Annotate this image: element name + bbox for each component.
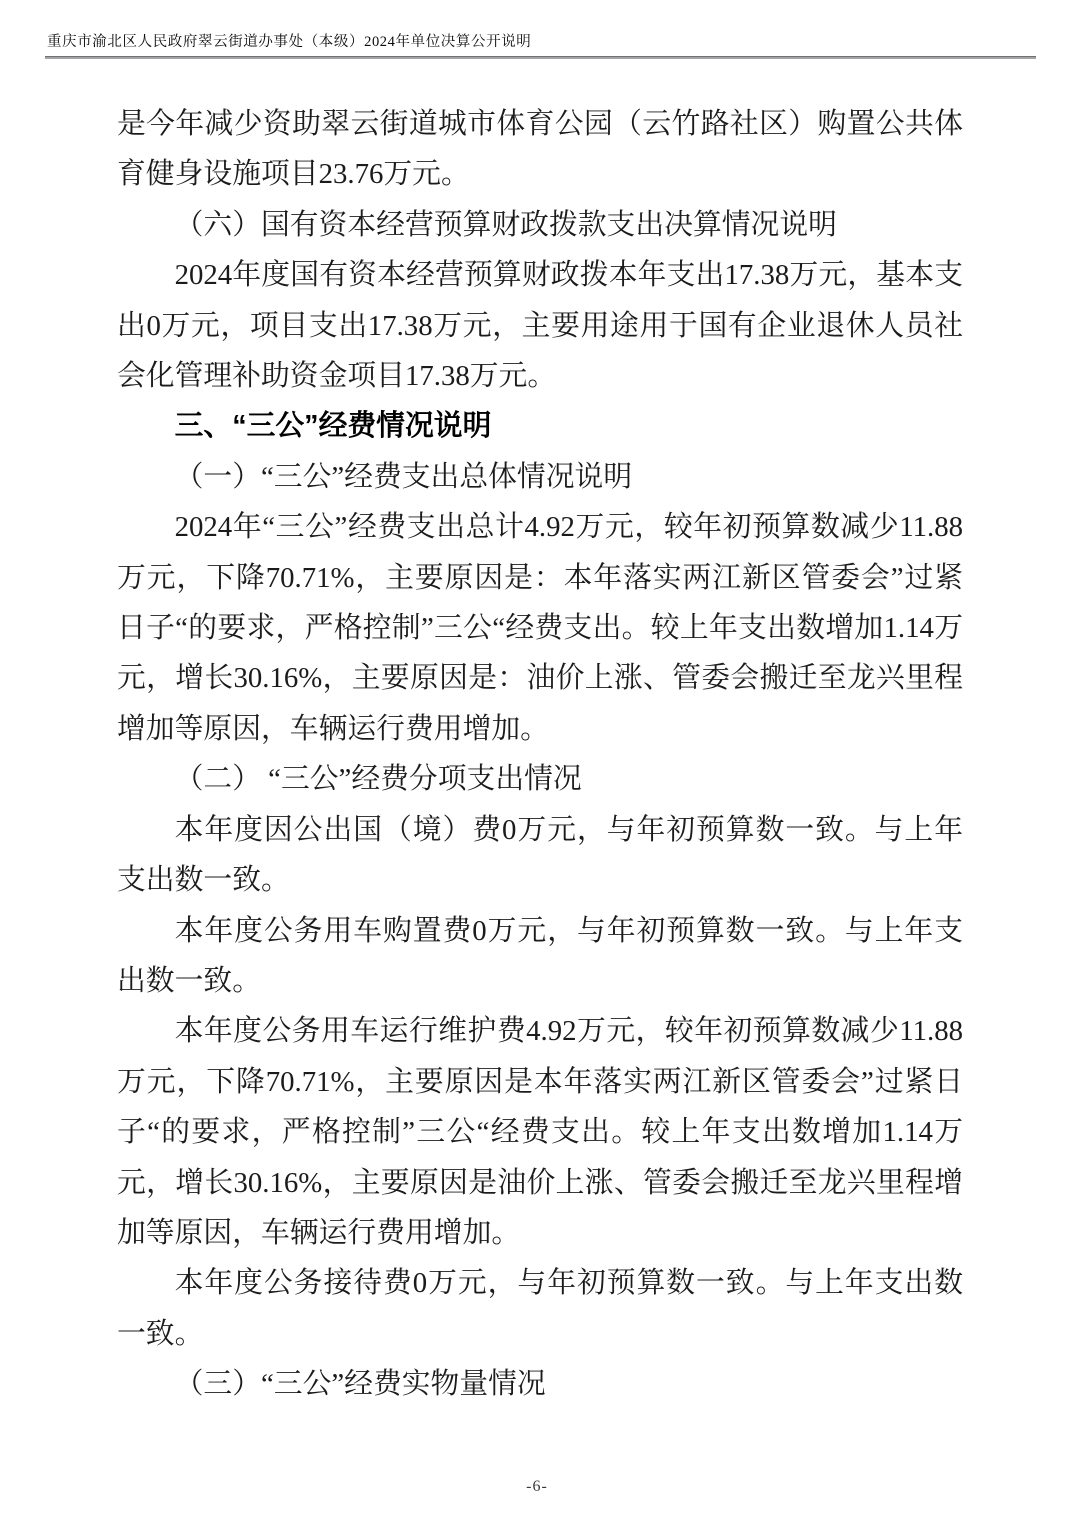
- section-heading-3-2: （二） “三公”经费分项支出情况: [117, 754, 963, 804]
- paragraph-continuation: 是今年减少资助翠云街道城市体育公园（云竹路社区）购置公共体育健身设施项目23.7…: [117, 99, 963, 200]
- document-page: 重庆市渝北区人民政府翠云街道办事处（本级）2024年单位决算公开说明 是今年减少…: [0, 0, 1074, 1520]
- paragraph: 2024年度国有资本经营预算财政拨本年支出17.38万元，基本支出0万元，项目支…: [117, 250, 963, 401]
- section-heading-3-3: （三）“三公”经费实物量情况: [117, 1359, 963, 1409]
- paragraph: 本年度公务接待费0万元，与年初预算数一致。与上年支出数一致。: [117, 1258, 963, 1359]
- page-number: -6-: [526, 1478, 548, 1495]
- header-rule: [45, 56, 1036, 59]
- paragraph: 本年度公务用车购置费0万元，与年初预算数一致。与上年支出数一致。: [117, 906, 963, 1007]
- paragraph: 本年度公务用车运行维护费4.92万元，较年初预算数减少11.88万元，下降70.…: [117, 1006, 963, 1258]
- document-body: 是今年减少资助翠云街道城市体育公园（云竹路社区）购置公共体育健身设施项目23.7…: [117, 99, 963, 1410]
- paragraph: 2024年“三公”经费支出总计4.92万元，较年初预算数减少11.88万元，下降…: [117, 502, 963, 754]
- header-title: 重庆市渝北区人民政府翠云街道办事处（本级）2024年单位决算公开说明: [47, 30, 531, 51]
- section-heading-3-1: （一）“三公”经费支出总体情况说明: [117, 452, 963, 502]
- chapter-heading-3: 三、“三公”经费情况说明: [117, 401, 963, 451]
- page-footer: -6-: [0, 1478, 1074, 1496]
- paragraph: 本年度因公出国（境）费0万元，与年初预算数一致。与上年支出数一致。: [117, 805, 963, 906]
- section-heading-6: （六）国有资本经营预算财政拨款支出决算情况说明: [117, 200, 963, 250]
